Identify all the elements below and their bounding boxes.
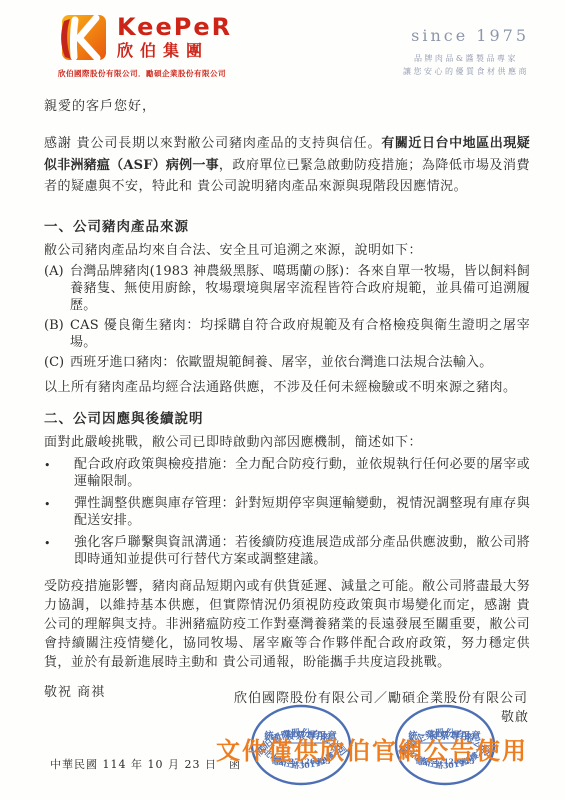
section2-lead: 面對此嚴峻挑戰，敝公司已即時啟動內部因應機制，簡述如下： — [44, 434, 530, 452]
intro-text-1: 感謝 貴公司長期以來對敝公司豬肉產品的支持與信任。 — [44, 136, 381, 151]
bullet-icon: • — [44, 495, 74, 530]
watermark-notice: 文件僅供欣伯官網公告使用 — [216, 731, 528, 766]
letterhead-companies: 欣伯國際股份有限公司．勵碩企業股份有限公司 — [58, 68, 232, 79]
list-item-text: 西班牙進口豬肉：依歐盟規範飼養、屠宰，並依台灣進口法規合法輸入。 — [70, 354, 530, 371]
source-list: (A) 台灣品牌豬肉(1983 神農級黑豚、噶瑪蘭の豚)：各來自單一牧場，皆以飼… — [44, 263, 530, 371]
list-item: (B) CAS 優良衛生豬肉：均採購自符合政府規範及有合格檢疫與衛生證明之屠宰場… — [44, 317, 530, 351]
bullet-icon: • — [44, 534, 74, 569]
brand-name-en: KeePeR — [117, 15, 232, 39]
list-item: (A) 台灣品牌豬肉(1983 神農級黑豚、噶瑪蘭の豚)：各來自單一牧場，皆以飼… — [44, 263, 530, 314]
bullet-text: 配合政府政策與檢疫措施：全力配合防疫行動，並依規執行任何必要的屠宰或運輸限制。 — [74, 456, 530, 491]
letterhead-logo: KeePeR 欣伯集團 欣伯國際股份有限公司．勵碩企業股份有限公司 — [58, 13, 232, 79]
letter-body: 親愛的客戶您好， 感謝 貴公司長期以來對敝公司豬肉產品的支持與信任。有關近日台中… — [44, 97, 530, 702]
list-item-label: (A) — [44, 263, 70, 314]
list-item-text: CAS 優良衛生豬肉：均採購自符合政府規範及有合格檢疫與衛生證明之屠宰場。 — [70, 317, 530, 351]
tagline-line2: 讓您安心的優質食材供應商 — [403, 66, 529, 79]
list-item-text: 台灣品牌豬肉(1983 神農級黑豚、噶瑪蘭の豚)：各來自單一牧場，皆以飼料飼養豬… — [70, 263, 530, 314]
signature-suffix: 敬啟 — [501, 706, 529, 725]
section1-closing: 以上所有豬肉產品均經合法通路供應，不涉及任何未經檢驗或不明來源之豬肉。 — [44, 379, 530, 396]
list-item-label: (B) — [44, 317, 70, 351]
intro-paragraph: 感謝 貴公司長期以來對敝公司豬肉產品的支持與信任。有關近日台中地區出現疑似非洲豬… — [44, 133, 530, 198]
brand-name-zh: 欣伯集團 — [117, 42, 232, 60]
list-item: • 彈性調整供應與庫存管理：針對短期停宰與運輸變動，視情況調整現有庫存與配送安排… — [44, 495, 530, 530]
response-bullet-list: • 配合政府政策與檢疫措施：全力配合防疫行動，並依規執行任何必要的屠宰或運輸限制… — [44, 456, 530, 569]
keeper-k-logo-icon — [58, 13, 110, 63]
section1-heading: 一、公司豬肉產品來源 — [44, 217, 530, 238]
date-line: 中華民國 114 年 10 月 23 日 函 — [50, 756, 241, 772]
bullet-icon: • — [44, 456, 74, 491]
list-item-label: (C) — [44, 354, 70, 371]
since-1975-text: since 1975 — [403, 26, 529, 45]
bullet-text: 強化客戶聯繫與資訊溝通：若後續防疫進展造成部分產品供應波動，敝公司將即時通知並提… — [74, 534, 530, 569]
greeting: 親愛的客戶您好， — [44, 97, 530, 117]
list-item: • 強化客戶聯繫與資訊溝通：若後續防疫進展造成部分產品供應波動，敝公司將即時通知… — [44, 534, 530, 569]
section2-heading: 二、公司因應與後續說明 — [44, 409, 530, 430]
section1-lead: 敝公司豬肉產品均來自合法、安全且可追溯之來源，說明如下： — [44, 242, 530, 260]
list-item: • 配合政府政策與檢疫措施：全力配合防疫行動，並依規執行任何必要的屠宰或運輸限制… — [44, 456, 530, 491]
letter-page: KeePeR 欣伯集團 欣伯國際股份有限公司．勵碩企業股份有限公司 since … — [0, 0, 565, 800]
tagline-line1: 品牌肉品&醬製品專家 — [403, 53, 529, 66]
list-item: (C) 西班牙進口豬肉：依歐盟規範飼養、屠宰，並依台灣進口法規合法輸入。 — [44, 354, 530, 371]
closing-paragraph: 受防疫措施影響，豬肉商品短期內或有供貨延遲、減量之可能。敝公司將盡最大努力協調，… — [44, 577, 530, 672]
bullet-text: 彈性調整供應與庫存管理：針對短期停宰與運輸變動，視情況調整現有庫存與配送安排。 — [74, 495, 530, 530]
letterhead-tagline: since 1975 品牌肉品&醬製品專家 讓您安心的優質食材供應商 — [403, 26, 529, 79]
